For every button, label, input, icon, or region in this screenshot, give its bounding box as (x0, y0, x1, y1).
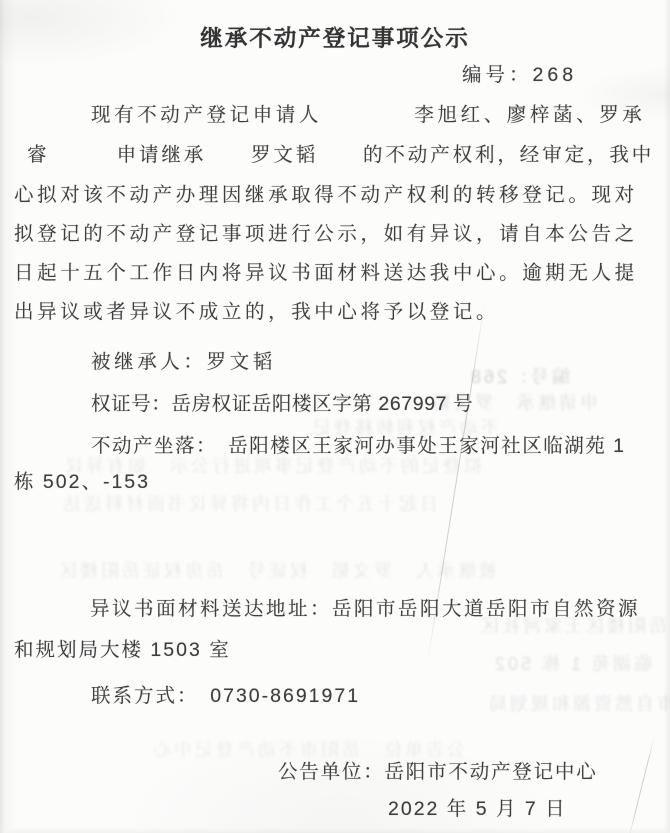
property-location-line-2: 栋 502、-153 (14, 470, 150, 495)
objection-address-line-2: 和规划局大楼 1503 室 (14, 638, 231, 663)
bleedthrough-text: 临湖苑 1 栋 502 (492, 650, 652, 676)
doc-number: 编号：268 (462, 63, 577, 88)
scanned-notice-page: 编号：268 申请继承 罗文韬 不动产权利转移登记 拟登记的不动产登记事项进行公… (0, 0, 670, 833)
bleedthrough-text: 被继承人 罗文韬 权证号 岳房权证岳阳楼区 (56, 557, 497, 583)
body-line: 心拟对该不动产办理因继承取得不动产权利的转移登记。现对 (14, 183, 638, 208)
bleedthrough-text: 岳阳市自然资源和规划局 (486, 690, 670, 716)
issue-date-line: 2022 年 5 月 7 日 (388, 797, 567, 822)
bleedthrough-text: 公告单位 岳阳市不动产登记中心 (150, 736, 465, 762)
certificate-number-line: 权证号：岳房权证岳阳楼区字第 267997 号 (91, 392, 473, 417)
property-location-line: 不动产坐落： 岳阳楼区王家河办事处王家河社区临湖苑 1 (91, 434, 626, 459)
body-line-applicants: 现有不动产登记申请人 李旭红、廖梓菡、罗承 (91, 103, 645, 128)
body-line: 日起十五个工作日内将异议书面材料送达我中心。逾期无人提 (14, 261, 638, 286)
scan-scratch-line (628, 736, 654, 833)
contact-phone-line: 联系方式： 0730-8691971 (91, 684, 360, 709)
doc-title: 继承不动产登记事项公示 (0, 21, 670, 53)
body-line: 睿 申请继承 罗文韬 的不动产权利，经审定，我中 (27, 143, 654, 168)
decedent-line: 被继承人：罗文韬 (91, 350, 276, 375)
bleedthrough-text: 编号：268 (468, 363, 570, 389)
body-line: 出异议或者异议不成立的，我中心将予以登记。 (14, 300, 499, 325)
body-line: 拟登记的不动产登记事项进行公示，如有异议，请自本公告之 (14, 222, 638, 247)
objection-address-line: 异议书面材料送达地址：岳阳市岳阳大道岳阳市自然资源 (90, 597, 640, 622)
issuing-authority-line: 公告单位：岳阳市不动产登记中心 (278, 760, 598, 785)
